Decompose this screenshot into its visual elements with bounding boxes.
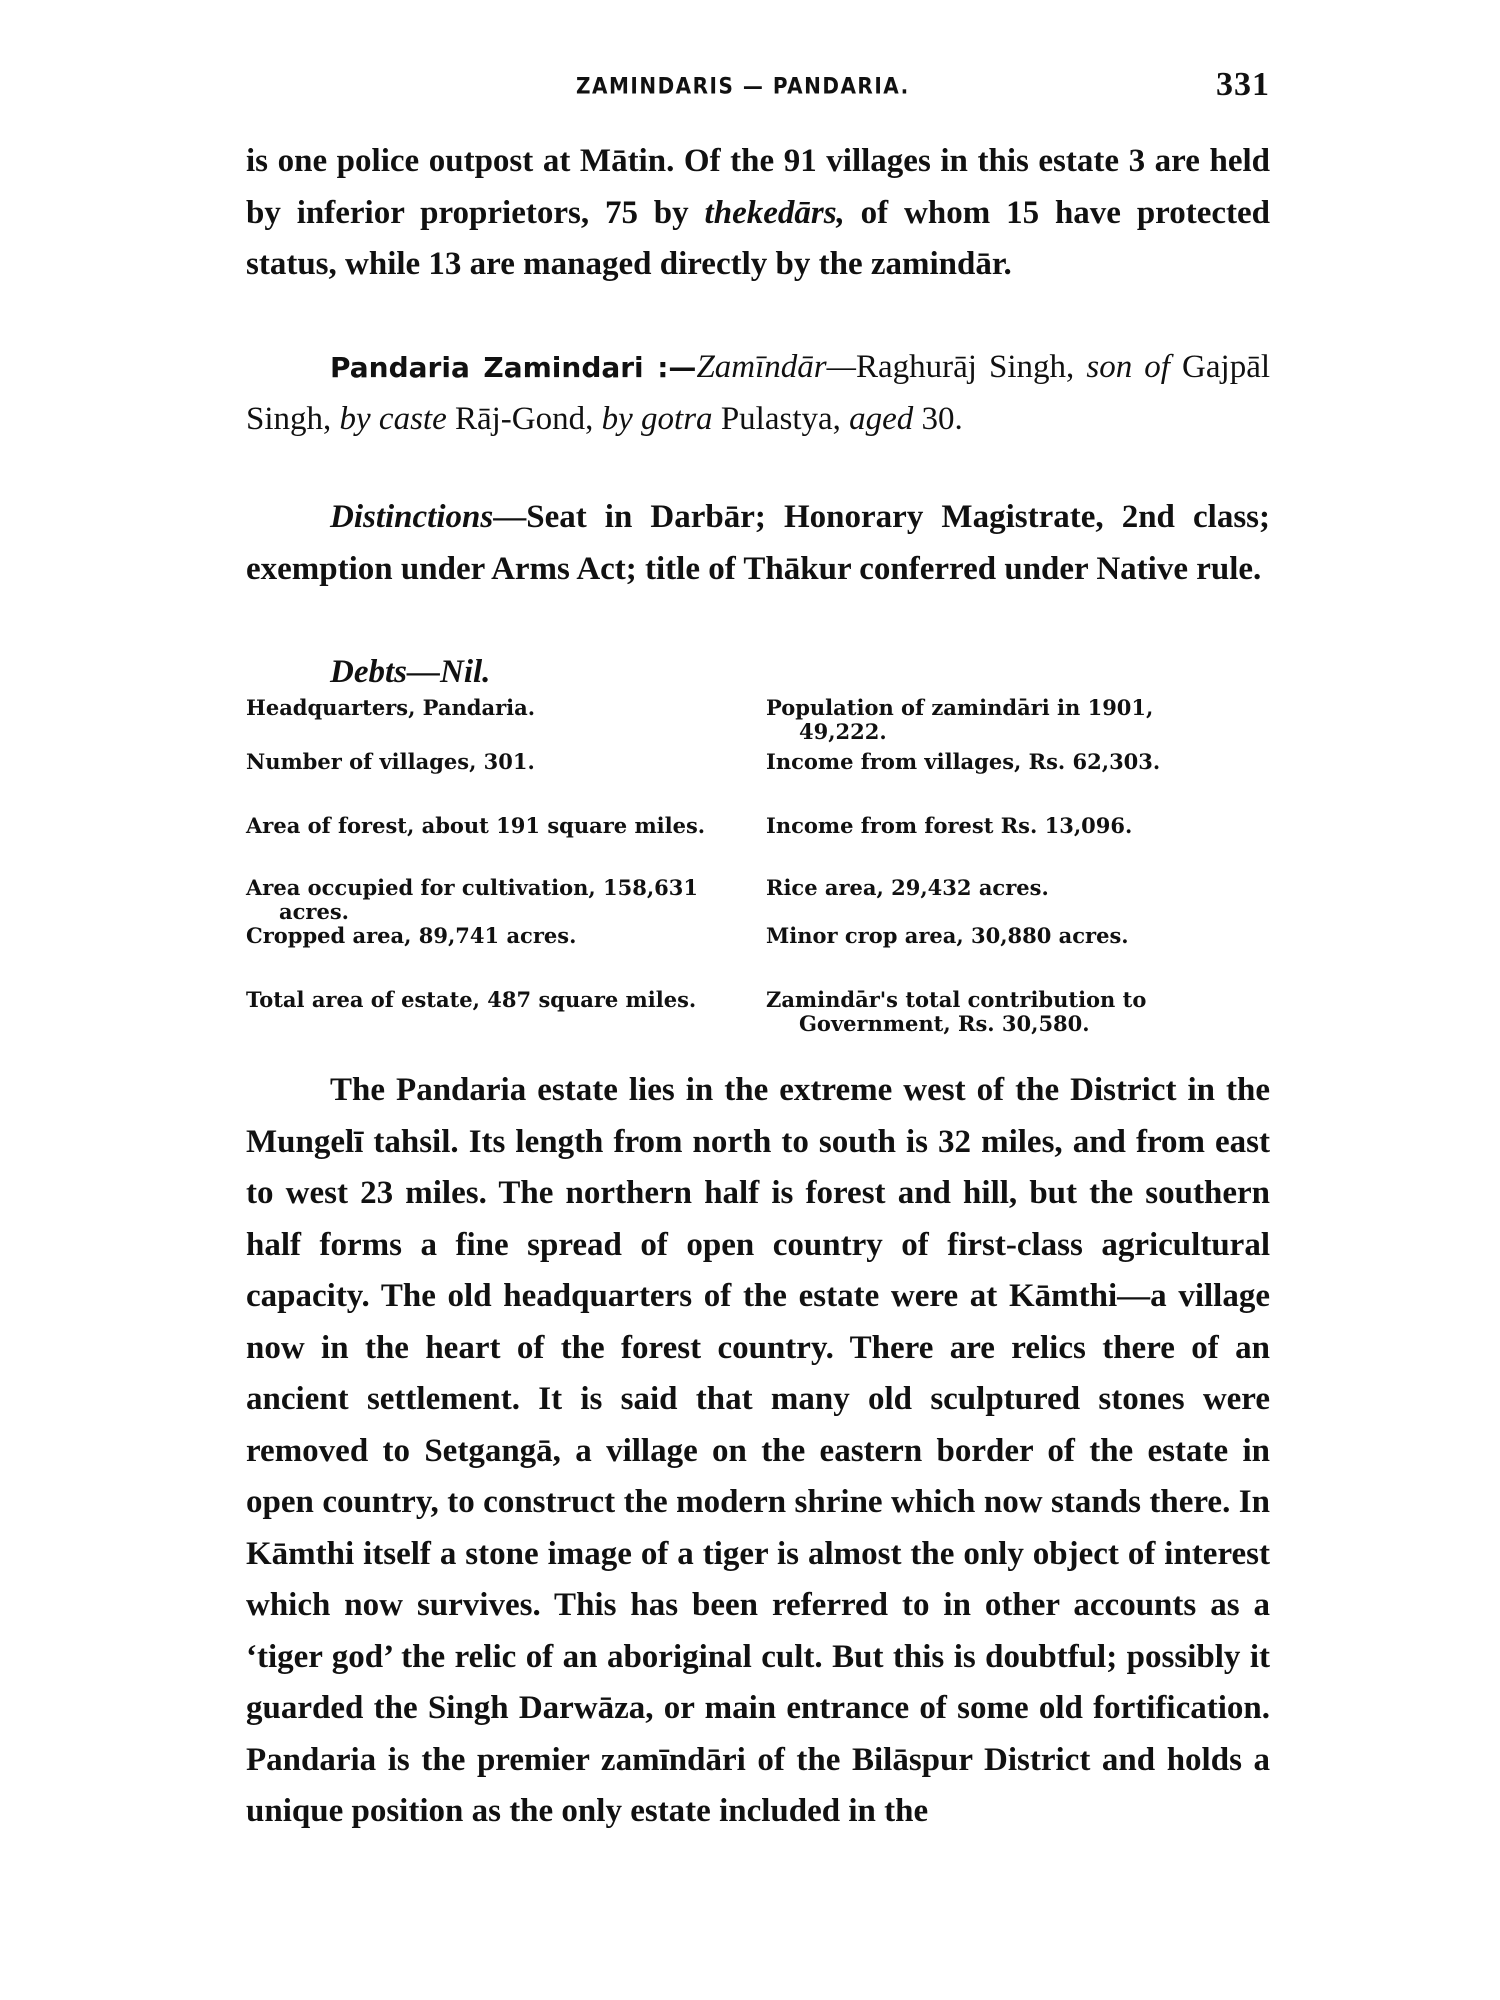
- stat-continuation: acres.: [246, 900, 751, 924]
- aged-label: aged: [849, 401, 921, 437]
- stat-minor-crop-area: Minor crop area, 30,880 acres.: [766, 924, 1271, 948]
- opening-paragraph: is one police outpost at Mātin. Of the 9…: [246, 136, 1270, 291]
- book-page: ZAMINDARIS — PANDARIA. 331 is one police…: [0, 0, 1500, 2000]
- stat-label: Number of villages, 301.: [246, 749, 535, 774]
- stat-number-of-villages: Number of villages, 301.: [246, 750, 751, 774]
- stat-forest-area: Area of forest, about 191 square miles.: [246, 814, 751, 838]
- stat-label: Income from villages, Rs. 62,303.: [766, 749, 1160, 774]
- son-of-label: son of: [1086, 349, 1182, 385]
- debts-paragraph: Debts—Nil.: [246, 647, 1270, 699]
- stat-label: Zamindār's total contribution to: [766, 987, 1146, 1012]
- stat-cultivation-area: Area occupied for cultivation, 158,631 a…: [246, 876, 751, 924]
- stat-label: Area of forest, about 191 square miles.: [246, 813, 705, 838]
- stat-label: Headquarters, Pandaria.: [246, 695, 535, 720]
- running-header: ZAMINDARIS — PANDARIA. 331: [246, 66, 1270, 106]
- stat-population: Population of zamindāri in 1901, 49,222.: [766, 696, 1271, 744]
- stat-rice-area: Rice area, 29,432 acres.: [766, 876, 1271, 900]
- stat-continuation: 49,222.: [766, 720, 1271, 744]
- zamindar-label: Zamīndār—: [696, 349, 856, 385]
- stat-income-villages: Income from villages, Rs. 62,303.: [766, 750, 1271, 774]
- opening-text-italic: thekedārs,: [705, 195, 845, 231]
- zamindar-name: Raghurāj Singh,: [856, 349, 1086, 385]
- stat-label: Income from forest Rs. 13,096.: [766, 813, 1132, 838]
- debts-label: Debts—Nil.: [330, 654, 490, 690]
- stat-continuation: Government, Rs. 30,580.: [766, 1012, 1271, 1036]
- gotra-value: Pulastya,: [721, 401, 849, 437]
- age-value: 30.: [922, 401, 963, 437]
- stat-income-forest: Income from forest Rs. 13,096.: [766, 814, 1271, 838]
- distinctions-paragraph: Distinctions—Seat in Darbār; Honorary Ma…: [246, 492, 1270, 595]
- stat-cropped-area: Cropped area, 89,741 acres.: [246, 924, 751, 948]
- caste-label: by caste: [340, 401, 455, 437]
- page-number: 331: [1216, 66, 1270, 104]
- running-title: ZAMINDARIS — PANDARIA.: [576, 73, 910, 99]
- stat-label: Total area of estate, 487 square miles.: [246, 987, 696, 1012]
- gotra-label: by gotra: [602, 401, 721, 437]
- distinctions-label: Distinctions: [330, 499, 493, 535]
- zamindari-heading: Pandaria Zamindari :—: [330, 351, 696, 384]
- zamindar-entry: Pandaria Zamindari :—Zamīndār—Raghurāj S…: [246, 342, 1270, 445]
- main-paragraph-text: The Pandaria estate lies in the extreme …: [246, 1065, 1270, 1838]
- stat-contribution: Zamindār's total contribution to Governm…: [766, 988, 1271, 1036]
- stat-label: Rice area, 29,432 acres.: [766, 875, 1049, 900]
- stat-total-area: Total area of estate, 487 square miles.: [246, 988, 751, 1012]
- stat-headquarters: Headquarters, Pandaria.: [246, 696, 751, 720]
- main-paragraph: The Pandaria estate lies in the extreme …: [246, 1065, 1270, 1838]
- caste-value: Rāj-Gond,: [455, 401, 602, 437]
- stat-label: Population of zamindāri in 1901,: [766, 695, 1153, 720]
- stat-label: Minor crop area, 30,880 acres.: [766, 923, 1129, 948]
- stat-label: Cropped area, 89,741 acres.: [246, 923, 576, 948]
- stat-label: Area occupied for cultivation, 158,631: [246, 875, 698, 900]
